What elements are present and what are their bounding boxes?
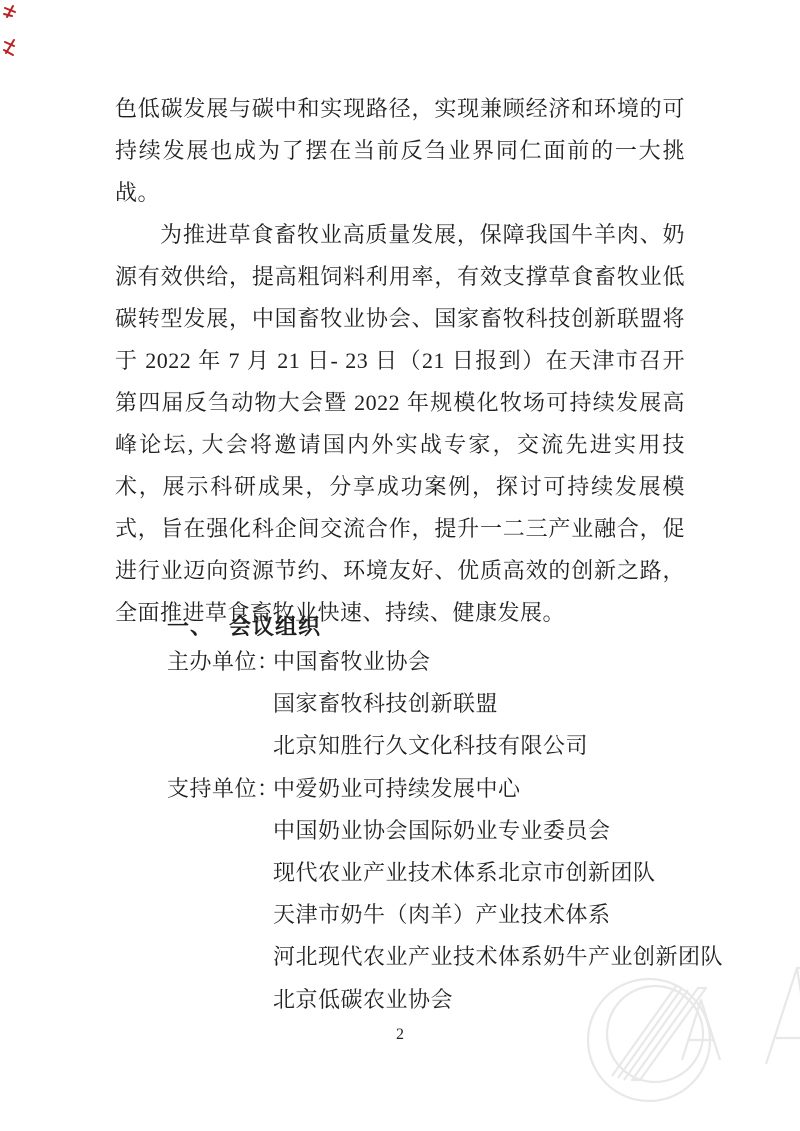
org-name: 天津市奶牛（肉羊）产业技术体系	[273, 902, 611, 927]
heading-title: 会议组织	[229, 614, 321, 639]
org-name: 中国畜牧业协会	[273, 649, 431, 674]
org-name: 现代农业产业技术体系北京市创新团队	[273, 860, 656, 885]
red-corner-marks	[0, 0, 30, 70]
list-item: 北京知胜行久文化科技有限公司	[167, 725, 723, 767]
paragraph-conference-announcement: 为推进草食畜牧业高质量发展，保障我国牛羊肉、奶源有效供给，提高粗饲料利用率，有效…	[115, 214, 685, 634]
org-label: 主办单位：	[167, 641, 273, 683]
list-item: 中国奶业协会国际奶业专业委员会	[167, 810, 723, 852]
list-item: 现代农业产业技术体系北京市创新团队	[167, 852, 723, 894]
org-name: 北京低碳农业协会	[273, 987, 453, 1012]
document-page: 色低碳发展与碳中和实现路径，实现兼顾经济和环境的可持续发展也成为了摆在当前反刍业…	[0, 0, 800, 1131]
org-name: 北京知胜行久文化科技有限公司	[273, 733, 588, 758]
circle-slash-logo-watermark-icon	[560, 948, 800, 1131]
org-name: 中国奶业协会国际奶业专业委员会	[273, 818, 611, 843]
org-name: 国家畜牧科技创新联盟	[273, 691, 498, 716]
list-item: 支持单位：中爱奶业可持续发展中心	[167, 768, 723, 810]
org-name: 中爱奶业可持续发展中心	[273, 776, 521, 801]
list-item: 主办单位：中国畜牧业协会	[167, 641, 723, 683]
paragraph-continuation: 色低碳发展与碳中和实现路径，实现兼顾经济和环境的可持续发展也成为了摆在当前反刍业…	[115, 88, 685, 214]
org-label: 支持单位：	[167, 768, 273, 810]
list-item: 国家畜牧科技创新联盟	[167, 683, 723, 725]
heading-number: 一、	[167, 614, 213, 639]
body-text: 色低碳发展与碳中和实现路径，实现兼顾经济和环境的可持续发展也成为了摆在当前反刍业…	[115, 88, 685, 634]
list-item: 天津市奶牛（肉羊）产业技术体系	[167, 894, 723, 936]
